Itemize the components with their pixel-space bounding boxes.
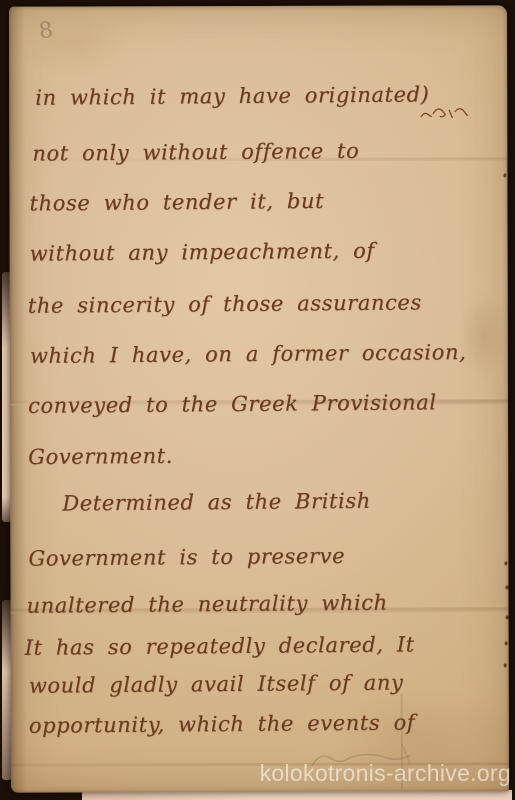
- ink-speck: [506, 615, 509, 619]
- manuscript-line: opportunity, which the events of: [29, 710, 415, 737]
- manuscript-line: which I have, on a former occasion,: [30, 340, 467, 368]
- manuscript-line: conveyed to the Greek Provisional: [28, 390, 437, 418]
- manuscript-line: Determined as the British: [62, 489, 371, 516]
- paper-edge-shadow: [9, 7, 27, 793]
- manuscript-line: Government is to preserve: [28, 544, 345, 571]
- manuscript-line: those who tender it, but: [29, 189, 324, 216]
- ink-speck: [504, 561, 507, 565]
- manuscript-line: the sincerity of those assurances: [28, 290, 422, 317]
- ink-speck: [503, 173, 506, 177]
- photograph-background: 8 in which it may have originated) not o…: [0, 0, 515, 800]
- paper-stain: [458, 291, 510, 381]
- manuscript-line: Government.: [28, 444, 173, 469]
- ink-speck: [505, 585, 508, 589]
- ink-speck: [504, 663, 507, 667]
- ink-speck: [505, 641, 508, 645]
- manuscript-line: unaltered the neutrality which: [26, 591, 387, 618]
- paper-stain: [13, 8, 133, 78]
- manuscript-line: not only without offence to: [32, 139, 359, 166]
- manuscript-line: without any impeachment, of: [30, 239, 375, 266]
- manuscript-page: 8 in which it may have originated) not o…: [9, 5, 509, 792]
- archive-watermark: kolokotronis-archive.org: [260, 760, 511, 787]
- manuscript-line: would gladly avail Itself of any: [29, 670, 404, 697]
- pencil-page-number: 8: [37, 18, 54, 45]
- manuscript-line: It has so repeatedly declared, It: [25, 632, 415, 659]
- manuscript-line: in which it may have originated): [35, 82, 429, 109]
